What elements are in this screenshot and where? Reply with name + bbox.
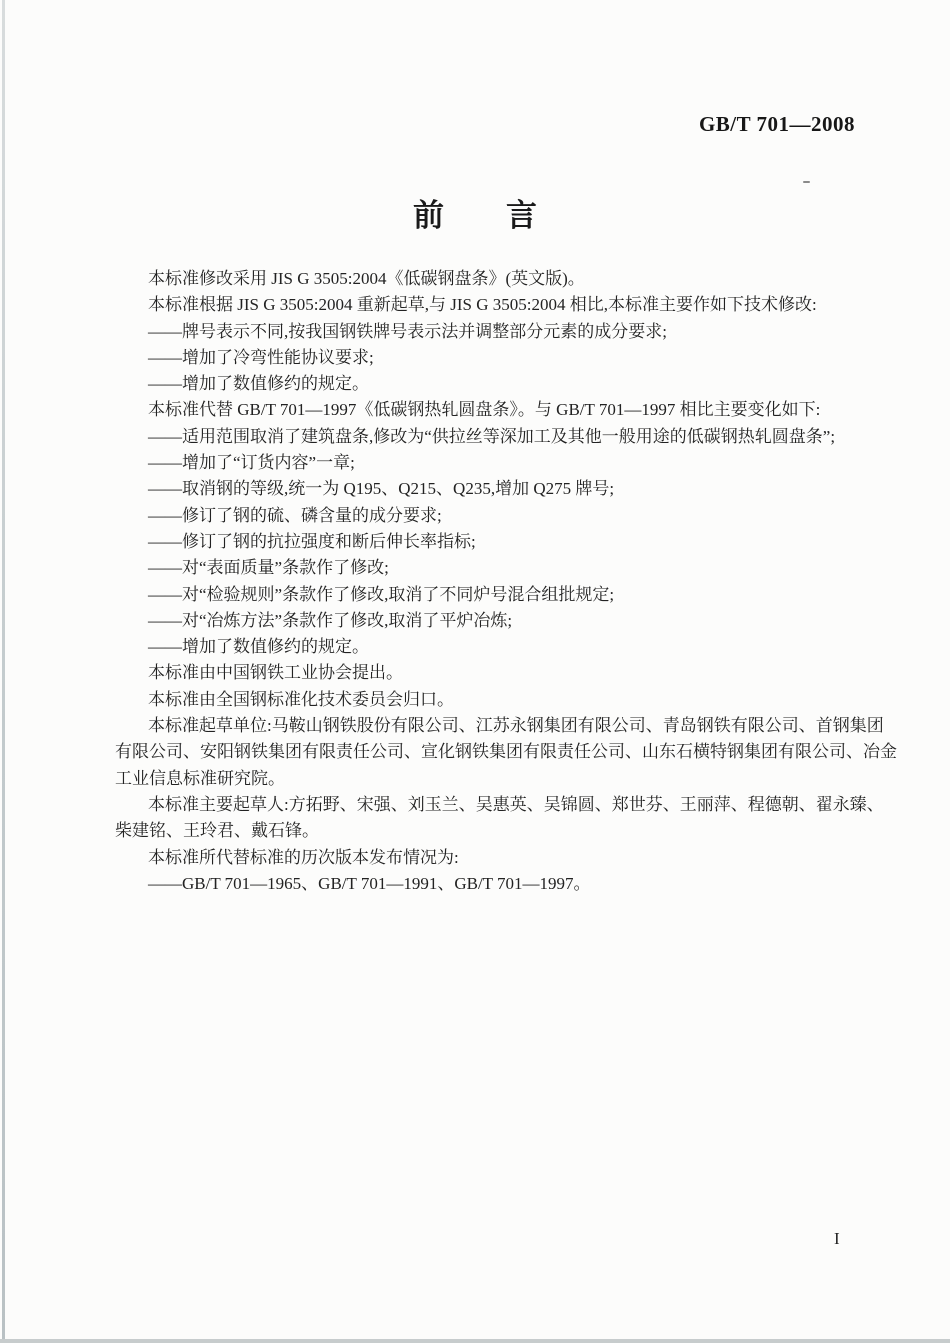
scanned-standard-page: GB/T 701—2008 前言 本标准修改采用 JIS G 3505:2004… (0, 0, 950, 1343)
scan-edge-bottom (0, 1339, 950, 1343)
page-number: I (834, 1229, 840, 1249)
body-line: ——增加了数值修约的规定。 (115, 634, 915, 660)
body-line: ——修订了钢的抗拉强度和断后伸长率指标; (115, 529, 915, 555)
body-line: ——取消钢的等级,统一为 Q195、Q215、Q235,增加 Q275 牌号; (115, 476, 915, 502)
body-line: ——对“表面质量”条款作了修改; (115, 555, 915, 581)
body-line: 柴建铭、王玲君、戴石锋。 (115, 818, 915, 844)
body-line: 本标准主要起草人:方拓野、宋强、刘玉兰、吴惠英、吴锦圆、郑世芬、王丽萍、程德朝、… (115, 792, 915, 818)
body-line: 本标准由全国钢标准化技术委员会归口。 (115, 687, 915, 713)
body-line: ——GB/T 701—1965、GB/T 701—1991、GB/T 701—1… (115, 871, 915, 897)
body-line: 本标准修改采用 JIS G 3505:2004《低碳钢盘条》(英文版)。 (115, 266, 915, 292)
body-line: 本标准由中国钢铁工业协会提出。 (115, 660, 915, 686)
foreword-body: 本标准修改采用 JIS G 3505:2004《低碳钢盘条》(英文版)。本标准根… (115, 266, 915, 897)
body-line: 本标准代替 GB/T 701—1997《低碳钢热轧圆盘条》。与 GB/T 701… (115, 397, 915, 423)
body-line: 有限公司、安阳钢铁集团有限责任公司、宣化钢铁集团有限责任公司、山东石横特钢集团有… (115, 739, 915, 765)
body-line: 本标准根据 JIS G 3505:2004 重新起草,与 JIS G 3505:… (115, 292, 915, 318)
body-line: ——修订了钢的硫、磷含量的成分要求; (115, 503, 915, 529)
body-line: ——增加了“订货内容”一章; (115, 450, 915, 476)
page-title-foreword: 前言 (0, 190, 950, 235)
body-line: 本标准起草单位:马鞍山钢铁股份有限公司、江苏永钢集团有限公司、青岛钢铁有限公司、… (115, 713, 915, 739)
standard-code-header: GB/T 701—2008 (699, 112, 855, 137)
body-line: ——增加了冷弯性能协议要求; (115, 345, 915, 371)
body-line: ——适用范围取消了建筑盘条,修改为“供拉丝等深加工及其他一般用途的低碳钢热轧圆盘… (115, 424, 915, 450)
body-line: ——对“冶炼方法”条款作了修改,取消了平炉冶炼; (115, 608, 915, 634)
body-line: ——对“检验规则”条款作了修改,取消了不同炉号混合组批规定; (115, 582, 915, 608)
scan-artifact-mark (803, 181, 810, 183)
body-line: ——增加了数值修约的规定。 (115, 371, 915, 397)
body-line: ——牌号表示不同,按我国钢铁牌号表示法并调整部分元素的成分要求; (115, 319, 915, 345)
body-line: 本标准所代替标准的历次版本发布情况为: (115, 845, 915, 871)
body-line: 工业信息标准研究院。 (115, 766, 915, 792)
